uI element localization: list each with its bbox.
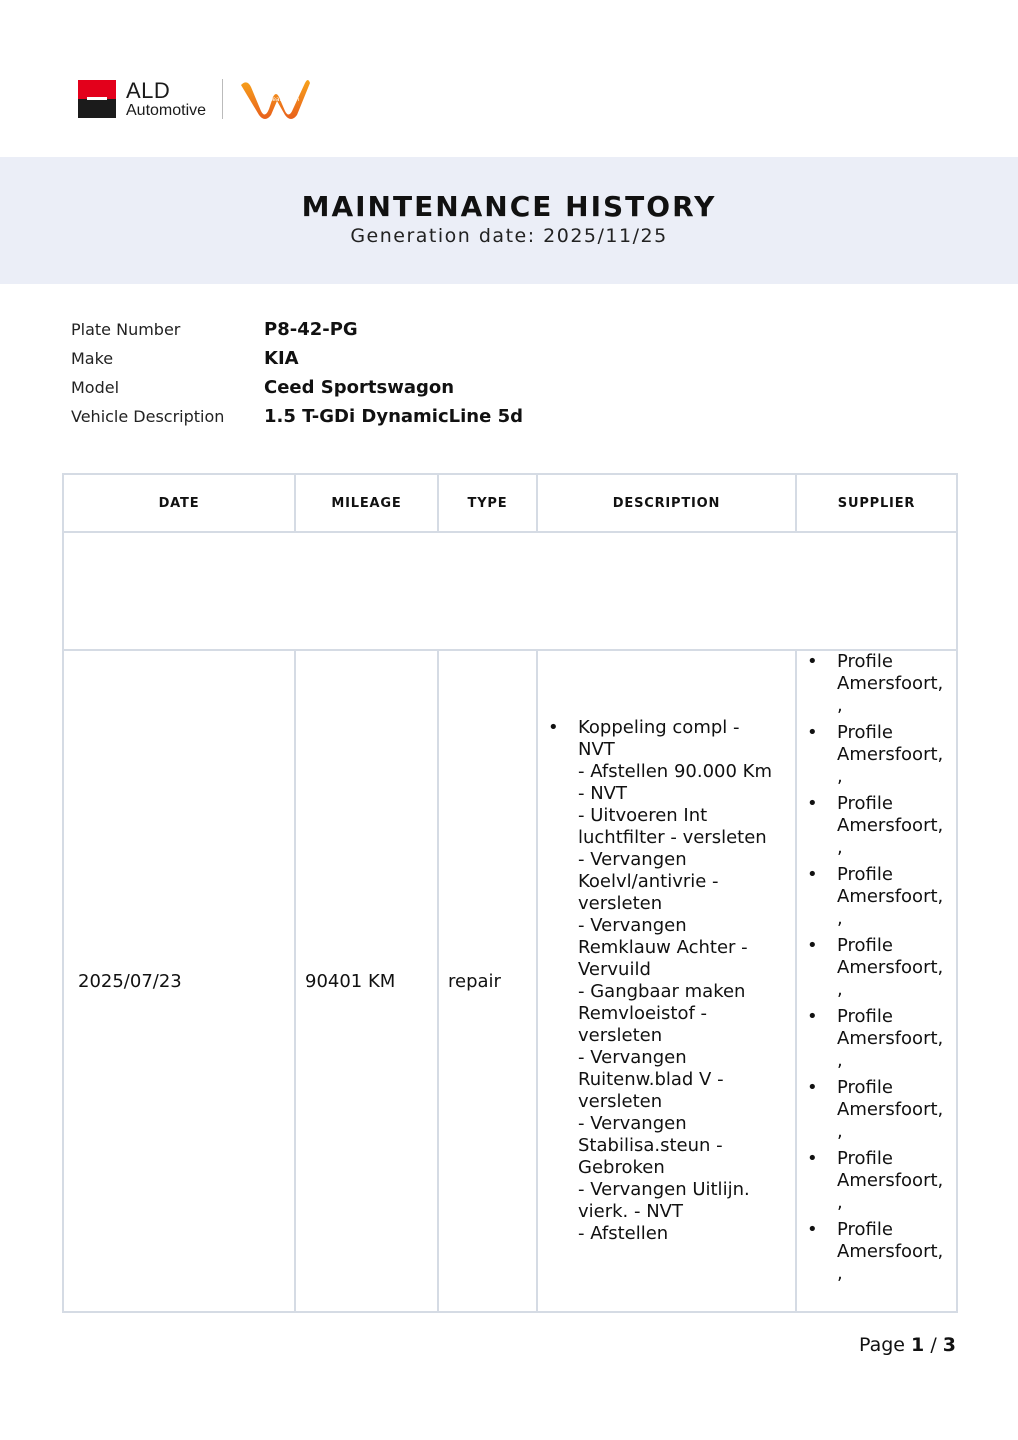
column-header-type: TYPE (438, 474, 537, 532)
table-spacer-row (63, 532, 957, 650)
header-logos: ALD Automotive LeasePlan (78, 78, 311, 120)
vehicle-info-row: Make KIA (71, 344, 523, 373)
supplier-item: • Profile Amersfoort, , (797, 1006, 956, 1072)
vehicle-info-row: Model Ceed Sportswagon (71, 373, 523, 402)
bullet-icon: • (807, 1006, 818, 1028)
supplier-item-text: Profile Amersfoort, , (837, 793, 943, 858)
table-header-row: DATE MILEAGE TYPE DESCRIPTION SUPPLIER (63, 474, 957, 532)
bullet-icon: • (807, 793, 818, 815)
page-current: 1 (911, 1334, 924, 1356)
supplier-item-text: Profile Amersfoort, , (837, 1148, 943, 1213)
page-prefix: Page (859, 1334, 905, 1356)
vehicle-info-row: Vehicle Description 1.5 T-GDi DynamicLin… (71, 402, 523, 431)
supplier-cell: • Profile Amersfoort, ,• Profile Amersfo… (796, 650, 957, 1312)
supplier-item: • Profile Amersfoort, , (797, 793, 956, 859)
vehicle-description-value: 1.5 T-GDi DynamicLine 5d (264, 406, 523, 427)
date-cell: 2025/07/23 (63, 650, 295, 1312)
page-title: MAINTENANCE HISTORY (0, 157, 1018, 223)
supplier-item: • Profile Amersfoort, , (797, 1148, 956, 1214)
ald-logo-icon (78, 80, 116, 118)
bullet-icon: • (807, 1148, 818, 1170)
make-label: Make (71, 349, 264, 368)
bullet-icon: • (807, 1077, 818, 1099)
supplier-item-text: Profile Amersfoort, , (837, 935, 943, 1000)
ald-logo-text: ALD Automotive (126, 80, 206, 119)
logo-divider (222, 79, 223, 119)
supplier-item: • Profile Amersfoort, , (797, 1219, 956, 1285)
page-separator: / (930, 1334, 936, 1356)
mileage-cell: 90401 KM (295, 650, 438, 1312)
supplier-list: • Profile Amersfoort, ,• Profile Amersfo… (797, 651, 956, 1285)
supplier-item-text: Profile Amersfoort, , (837, 722, 943, 787)
bullet-icon: • (807, 722, 818, 744)
title-band: MAINTENANCE HISTORY Generation date: 202… (0, 157, 1018, 284)
supplier-item: • Profile Amersfoort, , (797, 722, 956, 788)
bullet-icon: • (807, 1219, 818, 1241)
page-total: 3 (943, 1334, 956, 1356)
supplier-item-text: Profile Amersfoort, , (837, 1077, 943, 1142)
model-label: Model (71, 378, 264, 397)
bullet-icon: • (807, 864, 818, 886)
leaseplan-logo-icon: LeasePlan (239, 77, 311, 121)
vehicle-info: Plate Number P8-42-PG Make KIA Model Cee… (71, 315, 523, 431)
maintenance-table: DATE MILEAGE TYPE DESCRIPTION SUPPLIER 2… (62, 473, 958, 1313)
supplier-item-text: Profile Amersfoort, , (837, 651, 943, 716)
column-header-description: DESCRIPTION (537, 474, 796, 532)
description-cell: • Koppeling compl - NVT - Afstellen 90.0… (537, 650, 796, 1312)
supplier-item-text: Profile Amersfoort, , (837, 1006, 943, 1071)
column-header-date: DATE (63, 474, 295, 532)
page-indicator: Page 1 / 3 (859, 1334, 956, 1356)
description-item: • Koppeling compl - NVT - Afstellen 90.0… (538, 717, 795, 1245)
make-value: KIA (264, 348, 299, 369)
supplier-item: • Profile Amersfoort, , (797, 1077, 956, 1143)
bullet-icon: • (807, 651, 818, 673)
supplier-item-text: Profile Amersfoort, , (837, 1219, 943, 1284)
description-item-text: Koppeling compl - NVT - Afstellen 90.000… (578, 717, 772, 1244)
bullet-icon: • (548, 717, 559, 739)
vehicle-description-label: Vehicle Description (71, 407, 264, 426)
bullet-icon: • (807, 935, 818, 957)
column-header-mileage: MILEAGE (295, 474, 438, 532)
supplier-item: • Profile Amersfoort, , (797, 864, 956, 930)
plate-number-value: P8-42-PG (264, 319, 358, 340)
model-value: Ceed Sportswagon (264, 377, 454, 398)
table-row: 2025/07/23 90401 KM repair • Koppeling c… (63, 650, 957, 1312)
leaseplan-logo-text: LeasePlan (269, 96, 299, 103)
vehicle-info-row: Plate Number P8-42-PG (71, 315, 523, 344)
generation-date: Generation date: 2025/11/25 (0, 225, 1018, 247)
supplier-item: • Profile Amersfoort, , (797, 935, 956, 1001)
type-cell: repair (438, 650, 537, 1312)
ald-logo-line1: ALD (126, 80, 206, 102)
spacer-cell (63, 532, 957, 650)
column-header-supplier: SUPPLIER (796, 474, 957, 532)
ald-logo-line2: Automotive (126, 103, 206, 119)
supplier-item-text: Profile Amersfoort, , (837, 864, 943, 929)
supplier-item: • Profile Amersfoort, , (797, 651, 956, 717)
plate-number-label: Plate Number (71, 320, 264, 339)
description-list: • Koppeling compl - NVT - Afstellen 90.0… (538, 717, 795, 1245)
